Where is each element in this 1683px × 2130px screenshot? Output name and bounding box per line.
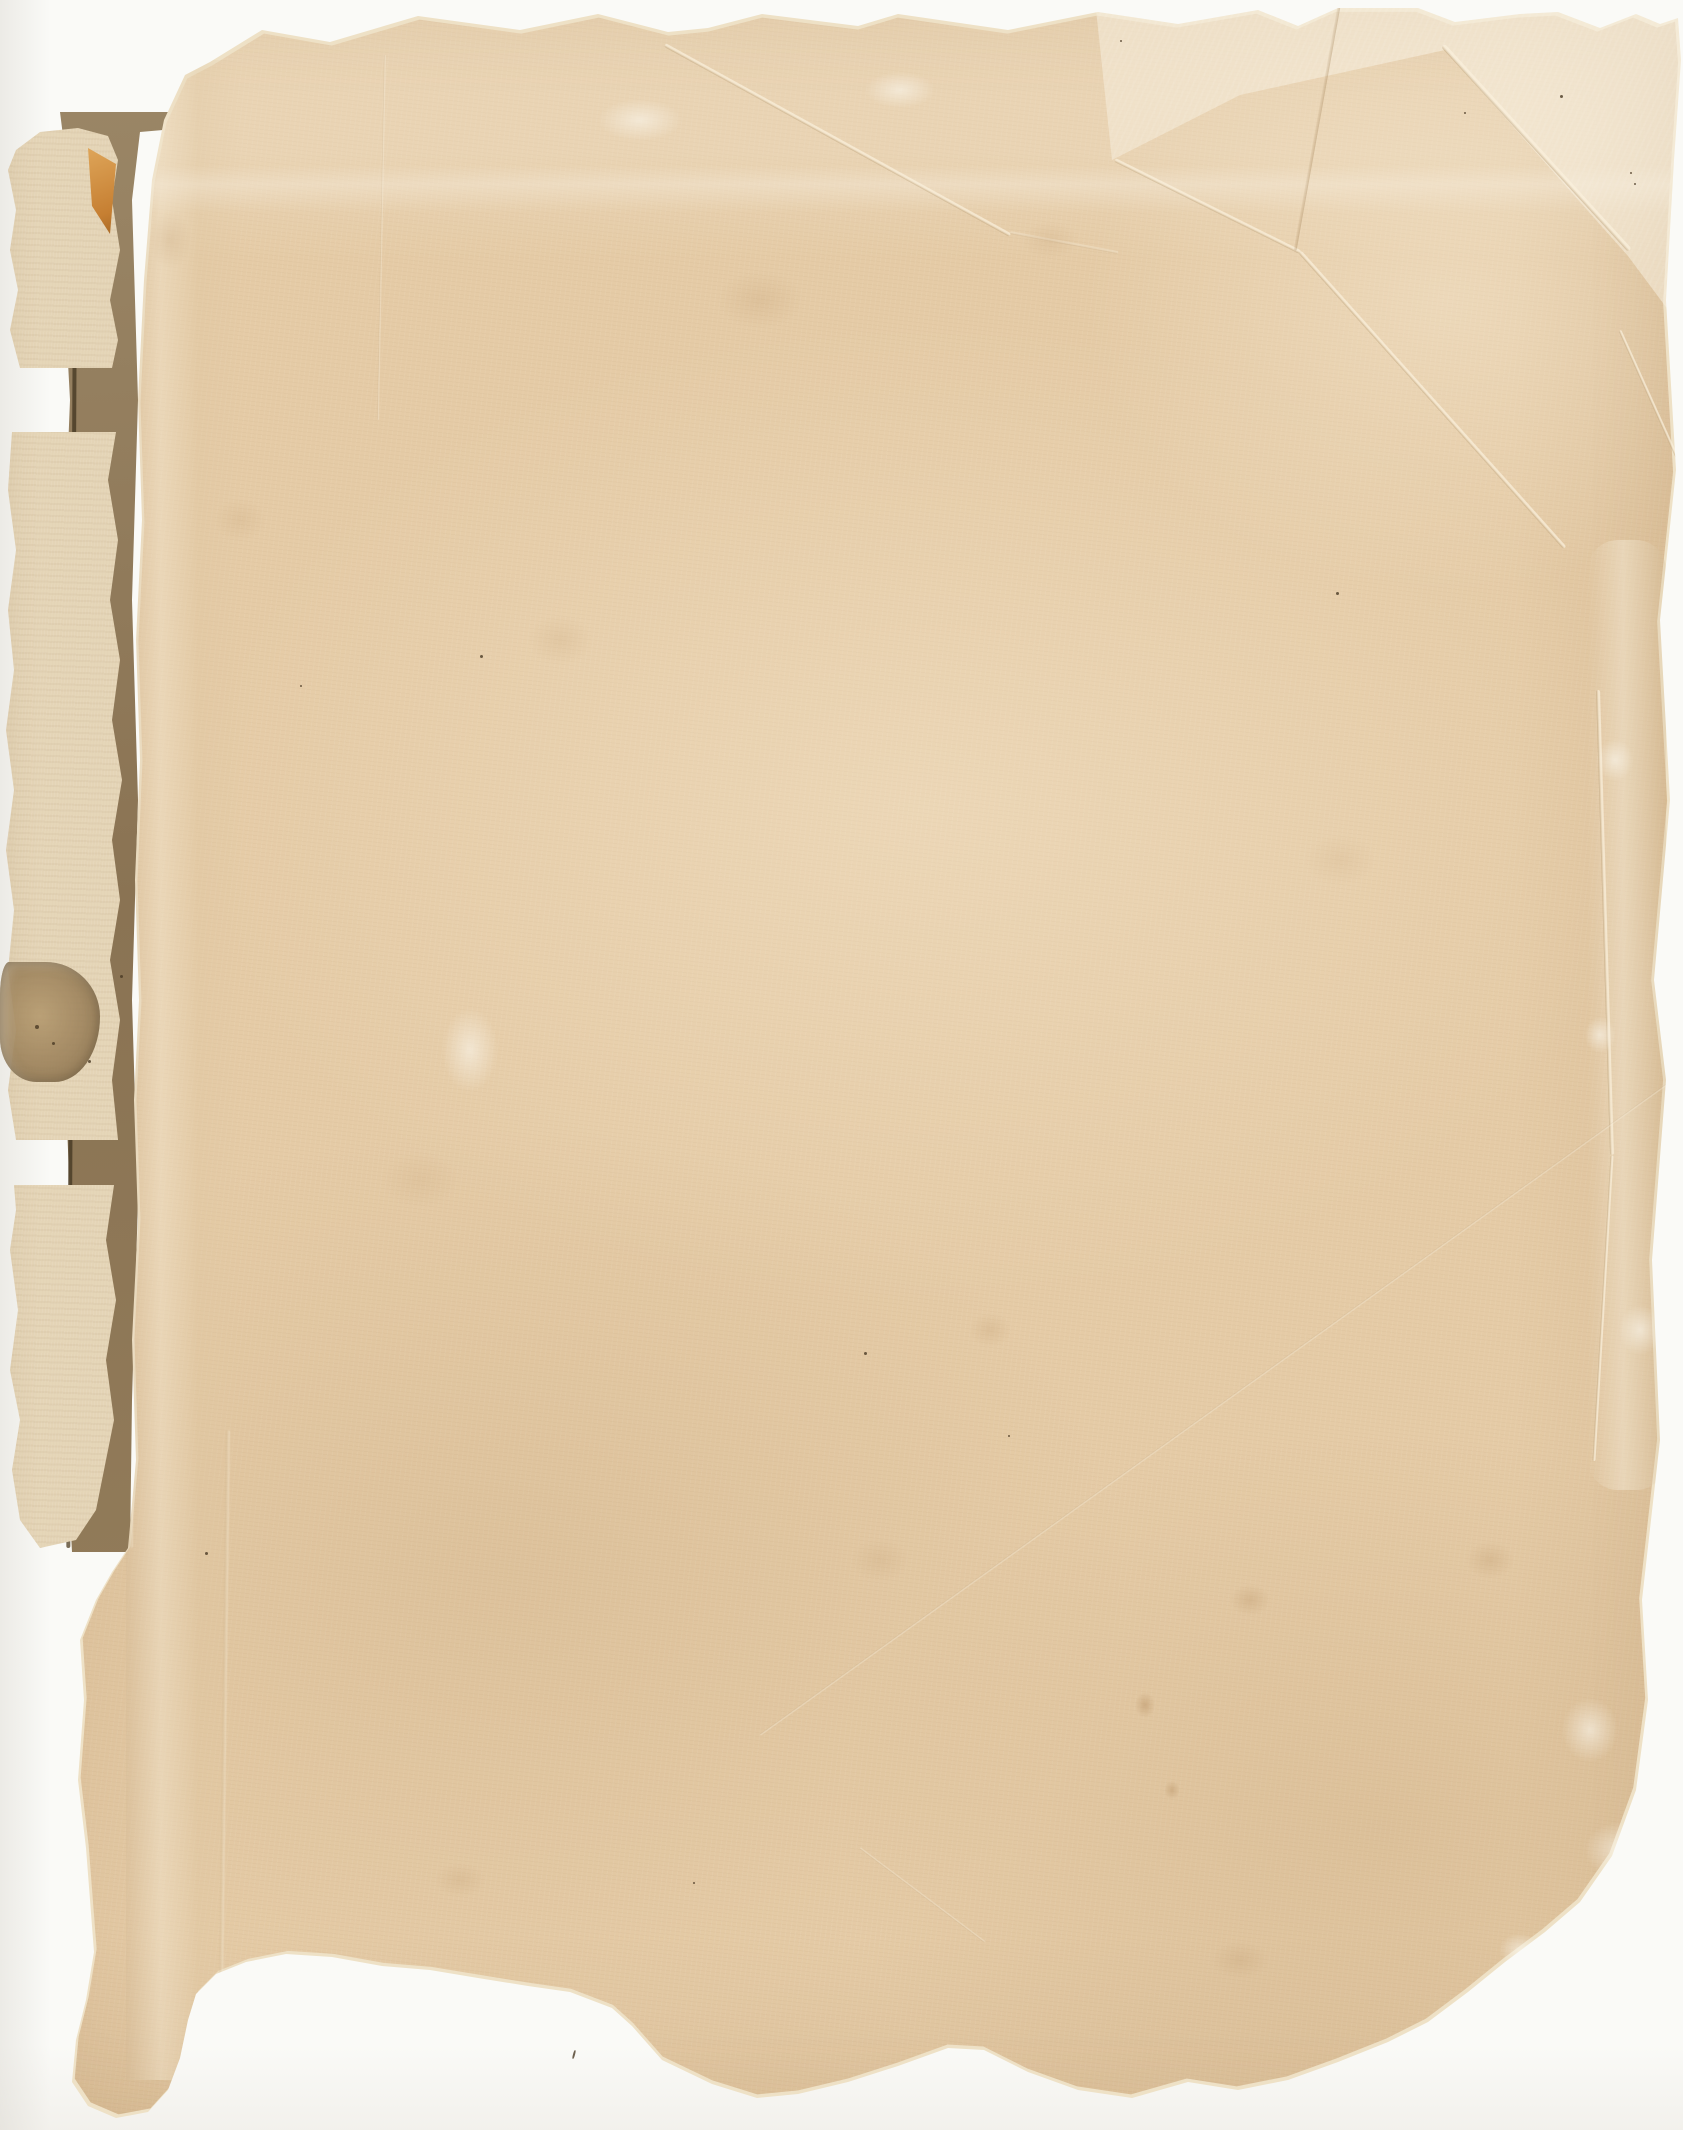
foxing-stain	[1161, 1777, 1183, 1803]
worn-patch	[1589, 730, 1641, 790]
dark-speck	[864, 1352, 867, 1355]
debris-speck	[120, 975, 123, 978]
worn-patch	[850, 64, 950, 116]
foxing-stain	[1290, 824, 1390, 896]
foxing-stain	[960, 1306, 1020, 1354]
dark-speck	[1008, 1435, 1010, 1437]
debris-speck	[52, 1042, 55, 1045]
glue-remnant	[0, 962, 100, 1082]
worn-patch	[430, 990, 510, 1110]
dark-speck	[205, 1552, 208, 1555]
foxing-stain	[515, 605, 605, 675]
scanner-tone-band	[140, 165, 1670, 213]
paper-sheet	[0, 0, 1683, 2130]
worn-patch	[580, 90, 700, 150]
foxing-stain	[1131, 1687, 1159, 1723]
dark-speck	[1560, 95, 1563, 98]
dark-speck	[1336, 592, 1339, 595]
foxing-stain	[700, 260, 820, 340]
dark-speck	[1464, 112, 1466, 114]
paper-surface	[3, 4, 1680, 2127]
foxing-stain	[840, 1530, 920, 1590]
foxing-stain	[1010, 214, 1090, 266]
worn-patch	[1550, 1684, 1630, 1776]
scanned-paper-scene	[0, 0, 1683, 2130]
dark-speck	[480, 655, 483, 658]
foxing-stain	[424, 1856, 496, 1904]
worn-patch	[1578, 1009, 1622, 1061]
debris-speck	[35, 1025, 39, 1029]
foxing-stain	[1200, 1934, 1280, 1986]
foxing-stain	[204, 490, 276, 550]
dark-speck	[1634, 183, 1636, 185]
foxing-stain	[1222, 1578, 1278, 1622]
debris-speck	[88, 1060, 91, 1063]
foxing-stain	[1456, 1534, 1524, 1586]
foxing-stain	[365, 1140, 475, 1220]
dark-speck	[1120, 40, 1122, 42]
dark-speck	[693, 1882, 695, 1884]
dark-speck	[1630, 172, 1632, 174]
dark-speck	[300, 685, 302, 687]
